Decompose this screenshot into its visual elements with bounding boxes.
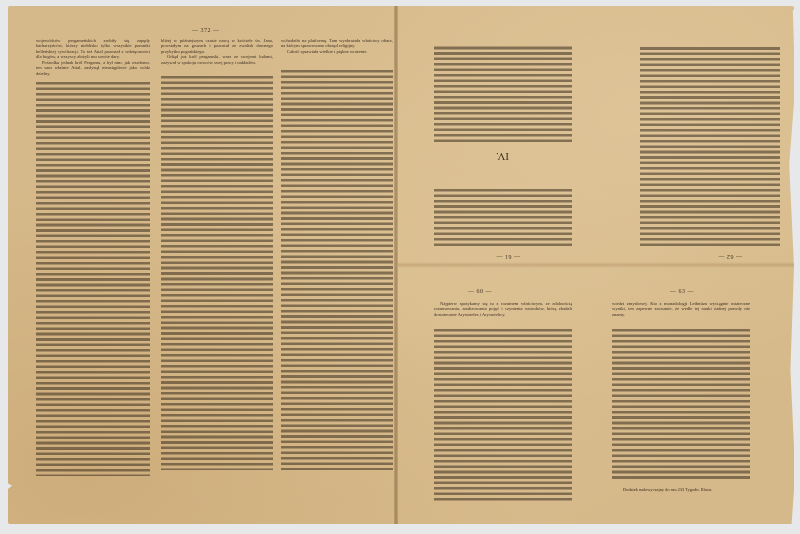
paragraph: Najpierw spotykamy się tu z rozumem właś… bbox=[434, 301, 572, 317]
page-number: — 60 — bbox=[468, 289, 492, 295]
bottom-column-left: Najpierw spotykamy się tu z rozumem właś… bbox=[434, 301, 572, 501]
page-number: — 63 — bbox=[670, 289, 694, 295]
paragraph: Całość sprawiała wielkie i piękne wrażen… bbox=[281, 49, 393, 54]
left-page: — 372 — wojewódców pergameńskich zrobiły… bbox=[0, 0, 396, 534]
left-column-3: wchodziło na platformę. Tam wyobrażała w… bbox=[281, 38, 393, 470]
text-lines bbox=[281, 70, 393, 470]
text-lines bbox=[434, 46, 572, 142]
text-lines bbox=[36, 82, 150, 476]
bottom-column-right: wiedzi zmysłowej. Kto z monadologji Leib… bbox=[612, 301, 750, 481]
inverted-column-right bbox=[640, 46, 780, 246]
text-lines bbox=[434, 329, 572, 501]
paragraph: Pośrodku jednak król Pergamu, a był nim,… bbox=[36, 60, 150, 76]
paragraph: Odtąd już król pergamski, wraz ze swojem… bbox=[161, 54, 273, 65]
paragraph: wiedzi zmysłowej. Kto z monadologji Leib… bbox=[612, 301, 750, 317]
inverted-column-left bbox=[434, 186, 572, 246]
text-lines bbox=[434, 186, 572, 246]
section-heading: IV. bbox=[496, 150, 509, 162]
page-footer: Dodatek nadzwyczajny do nru 233 Tygodn. … bbox=[623, 487, 712, 492]
left-column-1: wojewódców pergameńskich zrobiły się zap… bbox=[36, 38, 150, 476]
text-lines bbox=[612, 329, 750, 481]
paragraph: bliżej w późniejszym czasie nawą w kości… bbox=[161, 38, 273, 54]
left-column-2: bliżej w późniejszym czasie nawą w kości… bbox=[161, 38, 273, 470]
paragraph: wojewódców pergameńskich zrobiły się zap… bbox=[36, 38, 150, 60]
text-lines bbox=[640, 46, 780, 246]
paragraph: wchodziło na platformę. Tam wyobrażała w… bbox=[281, 38, 393, 49]
page-number: — 62 — bbox=[718, 253, 742, 259]
right-page-bottom: — 60 — — 63 — Najpierw spotykamy się tu … bbox=[398, 268, 794, 534]
text-lines bbox=[161, 76, 273, 470]
right-page-top-inverted: — 62 — — 61 — IV. bbox=[398, 12, 794, 262]
inverted-column-left-2 bbox=[434, 46, 572, 142]
page-number: — 372 — bbox=[192, 28, 220, 34]
page-number: — 61 — bbox=[496, 253, 520, 259]
